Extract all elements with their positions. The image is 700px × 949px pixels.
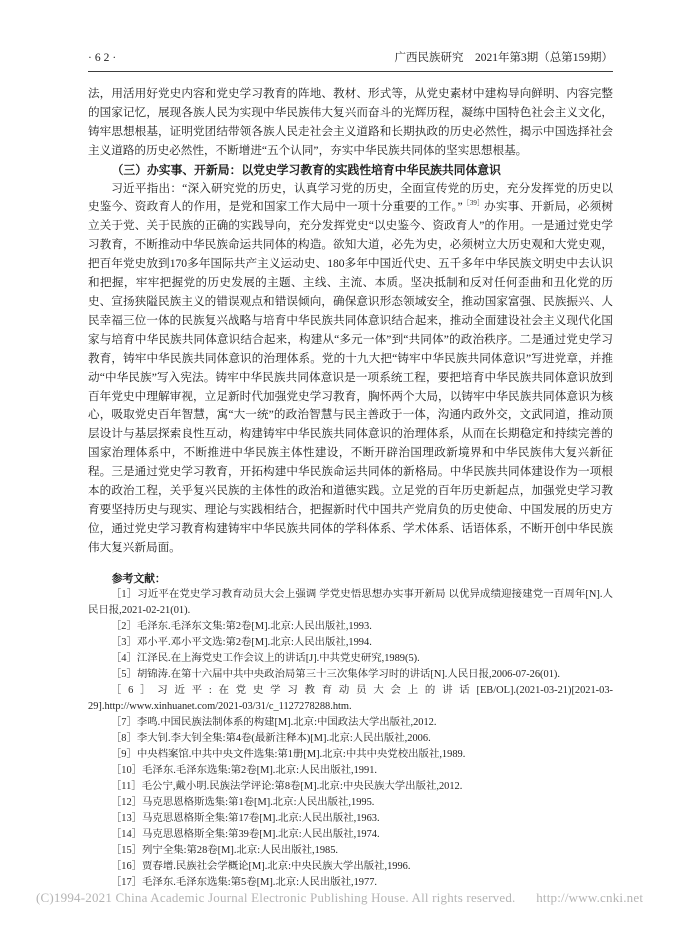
running-header: ·62· 广西民族研究 2021年第3期（总第159期） (88, 50, 613, 72)
references-list: ［1］习近平在党史学习教育动员大会上强调 学党史悟思想办实事开新局 以优异成绩迎… (88, 587, 613, 891)
reference-item: ［4］江泽民.在上海党史工作会议上的讲话[J].中共党史研究,1989(5). (88, 651, 613, 667)
reference-item: ［9］中央档案馆.中共中央文件选集:第1册[M].北京:中共中央党校出版社,19… (88, 747, 613, 763)
references-heading: 参考文献： (88, 571, 613, 587)
paragraph-body-text: 办实事、开新局，必须树立关于党、关于民族的正确的实践导向，充分发挥党史“以史鉴今… (88, 200, 613, 553)
reference-item: ［14］马克思恩格斯全集:第39卷[M].北京:人民出版社,1974. (88, 827, 613, 843)
paragraph: 习近平指出：“深入研究党的历史，认真学习党的历史，全面宣传党的历史，充分发挥党的… (88, 180, 613, 558)
reference-item: ［13］马克思恩格斯全集:第17卷[M].北京:人民出版社,1963. (88, 811, 613, 827)
article-body: 法，用活用好党史内容和党史学习教育的阵地、教材、形式等，从党史素材中建构导向鲜明… (88, 85, 613, 891)
journal-issue-info: 广西民族研究 2021年第3期（总第159期） (395, 50, 614, 67)
reference-item: ［8］李大钊.李大钊全集:第4卷(最新注释本)[M].北京:人民出版社,2006… (88, 731, 613, 747)
reference-item: ［10］毛泽东.毛泽东选集:第2卷[M].北京:人民出版社,1991. (88, 763, 613, 779)
reference-item: ［1］习近平在党史学习教育动员大会上强调 学党史悟思想办实事开新局 以优异成绩迎… (88, 587, 613, 619)
paragraph-continuation: 法，用活用好党史内容和党史学习教育的阵地、教材、形式等，从党史素材中建构导向鲜明… (88, 85, 613, 161)
reference-item: ［12］马克思恩格斯选集:第1卷[M].北京:人民出版社,1995. (88, 795, 613, 811)
reference-item: ［2］毛泽东.毛泽东文集:第2卷[M].北京:人民出版社,1993. (88, 619, 613, 635)
reference-item: ［3］邓小平.邓小平文选:第2卷[M].北京:人民出版社,1994. (88, 635, 613, 651)
reference-item: ［5］胡锦涛.在第十六届中共中央政治局第三十三次集体学习时的讲话[N].人民日报… (88, 667, 613, 683)
reference-item: ［11］毛公宁,戴小明.民族法学评论:第8卷[M].北京:中央民族大学出版社,2… (88, 779, 613, 795)
reference-item: ［17］毛泽东.毛泽东选集:第5卷[M].北京:人民出版社,1977. (88, 875, 613, 891)
reference-item: ［7］李鸣.中国民族法制体系的构建[M].北京:中国政法大学出版社,2012. (88, 715, 613, 731)
reference-item: ［6］习近平:在党史学习教育动员大会上的讲话[EB/OL].(2021-03-2… (88, 683, 613, 715)
section-heading: （三）办实事、开新局：以党史学习教育的实践性培育中华民族共同体意识 (88, 161, 613, 180)
reference-item: ［15］列宁全集:第28卷[M].北京:人民出版社,1985. (88, 843, 613, 859)
citation-superscript: ［39］ (463, 200, 485, 208)
page-content: ·62· 广西民族研究 2021年第3期（总第159期） 法，用活用好党史内容和… (88, 50, 613, 891)
cnki-copyright-watermark: (C)1994-2021 China Academic Journal Elec… (36, 890, 700, 906)
journal-page: ·62· 广西民族研究 2021年第3期（总第159期） 法，用活用好党史内容和… (0, 0, 700, 949)
reference-item: ［16］贾春增.民族社会学概论[M].北京:中央民族大学出版社,1996. (88, 859, 613, 875)
page-number: ·62· (88, 50, 119, 67)
